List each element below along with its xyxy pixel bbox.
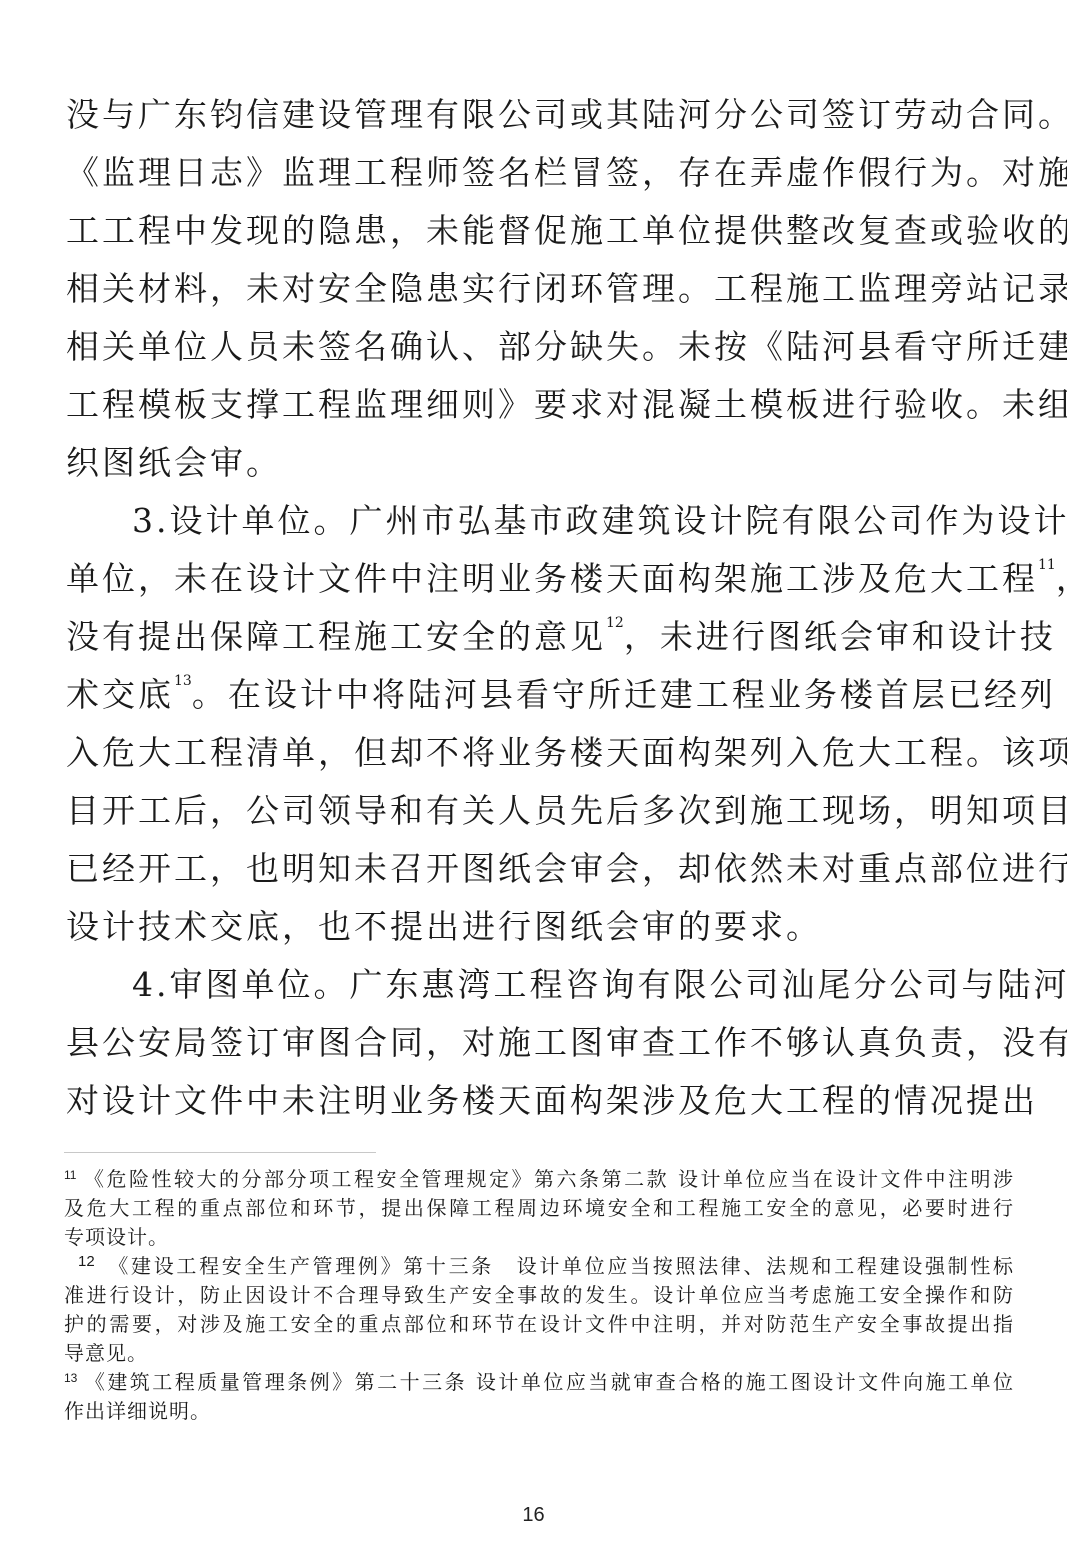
line-text: 对设计文件中未注明业务楼天面构架涉及危大工程的情况提出 bbox=[66, 1081, 1038, 1120]
footnote-text: 准进行设计，防止因设计不合理导致生产安全事故的发生。设计单位应当考虑施工安全操作… bbox=[64, 1283, 1014, 1307]
body-line: 相关材料，未对安全隐患实行闭环管理。工程施工监理旁站记录 bbox=[66, 260, 1016, 318]
footnote-ref-11[interactable]: 11 bbox=[1038, 557, 1056, 573]
body-line: 织图纸会审。 bbox=[66, 434, 1016, 492]
footnote-text: 及危大工程的重点部位和环节，提出保障工程周边环境安全和工程施工安全的意见，必要时… bbox=[64, 1196, 1014, 1220]
body-line: 工程模板支撑工程监理细则》要求对混凝土模板进行验收。未组 bbox=[66, 376, 1016, 434]
footnote-line: 作出详细说明。 bbox=[64, 1397, 1014, 1426]
section-4-heading-line: 4.审图单位。广东惠湾工程咨询有限公司汕尾分公司与陆河 bbox=[66, 956, 1016, 1014]
footnote-text: 导意见。 bbox=[64, 1341, 148, 1365]
footnote-text: 《危险性较大的分部分项工程安全管理规定》第六条第二款 设计单位应当在设计文件中注… bbox=[82, 1167, 1014, 1191]
body-line: 单位，未在设计文件中注明业务楼天面构架施工涉及危大工程11， bbox=[66, 550, 1016, 608]
footnote-line: 及危大工程的重点部位和环节，提出保障工程周边环境安全和工程施工安全的意见，必要时… bbox=[64, 1194, 1014, 1223]
line-text: 相关单位人员未签名确认、部分缺失。未按《陆河县看守所迁建 bbox=[66, 327, 1067, 366]
footnote-text: 专项设计。 bbox=[64, 1225, 169, 1249]
line-text: 相关材料，未对安全隐患实行闭环管理。工程施工监理旁站记录 bbox=[66, 269, 1067, 308]
body-line: 工工程中发现的隐患，未能督促施工单位提供整改复查或验收的 bbox=[66, 202, 1016, 260]
footnotes: 11《危险性较大的分部分项工程安全管理规定》第六条第二款 设计单位应当在设计文件… bbox=[64, 1165, 1014, 1426]
footnote-line: 12《建设工程安全生产管理例》第十三条 设计单位应当按照法律、法规和工程建设强制… bbox=[64, 1252, 1014, 1281]
footnote-13: 13《建筑工程质量管理条例》第二十三条 设计单位应当就审查合格的施工图设计文件向… bbox=[64, 1368, 1014, 1426]
footnote-text: 护的需要，对涉及施工安全的重点部位和环节在设计文件中注明，并对防范生产安全事故提… bbox=[64, 1312, 1014, 1336]
body-line: 术交底13。在设计中将陆河县看守所迁建工程业务楼首层已经列 bbox=[66, 666, 1016, 724]
line-text: 。在设计中将陆河县看守所迁建工程业务楼首层已经列 bbox=[192, 675, 1056, 714]
line-text: 单位，未在设计文件中注明业务楼天面构架施工涉及危大工程 bbox=[66, 559, 1038, 598]
line-text: 工工程中发现的隐患，未能督促施工单位提供整改复查或验收的 bbox=[66, 211, 1067, 250]
line-text: 织图纸会审。 bbox=[66, 443, 282, 482]
body-line: 没与广东钧信建设管理有限公司或其陆河分公司签订劳动合同。 bbox=[66, 86, 1016, 144]
line-text: 术交底 bbox=[66, 675, 174, 714]
body-line: 入危大工程清单，但却不将业务楼天面构架列入危大工程。该项 bbox=[66, 724, 1016, 782]
section-3-heading-line: 3.设计单位。广州市弘基市政建筑设计院有限公司作为设计 bbox=[66, 492, 1016, 550]
line-text: 没与广东钧信建设管理有限公司或其陆河分公司签订劳动合同。 bbox=[66, 95, 1067, 134]
footnote-line: 导意见。 bbox=[64, 1339, 1014, 1368]
line-text: 工程模板支撑工程监理细则》要求对混凝土模板进行验收。未组 bbox=[66, 385, 1067, 424]
body-line: 《监理日志》监理工程师签名栏冒签，存在弄虚作假行为。对施 bbox=[66, 144, 1016, 202]
body-line: 目开工后，公司领导和有关人员先后多次到施工现场，明知项目 bbox=[66, 782, 1016, 840]
footnote-number: 13 bbox=[64, 1371, 77, 1385]
body-line: 设计技术交底，也不提出进行图纸会审的要求。 bbox=[66, 898, 1016, 956]
footnote-line: 准进行设计，防止因设计不合理导致生产安全事故的发生。设计单位应当考虑施工安全操作… bbox=[64, 1281, 1014, 1310]
line-text: 4.审图单位。广东惠湾工程咨询有限公司汕尾分公司与陆河 bbox=[132, 965, 1067, 1004]
footnote-ref-13[interactable]: 13 bbox=[174, 673, 192, 689]
footnote-ref-12[interactable]: 12 bbox=[606, 615, 624, 631]
line-text: 《监理日志》监理工程师签名栏冒签，存在弄虚作假行为。对施 bbox=[66, 153, 1067, 192]
line-text: 设计技术交底，也不提出进行图纸会审的要求。 bbox=[66, 907, 822, 946]
footnote-number: 12 bbox=[78, 1253, 95, 1270]
line-text: 入危大工程清单，但却不将业务楼天面构架列入危大工程。该项 bbox=[66, 733, 1067, 772]
footnote-text: 《建筑工程质量管理条例》第二十三条 设计单位应当就审查合格的施工图设计文件向施工… bbox=[83, 1370, 1014, 1394]
footnote-text: 作出详细说明。 bbox=[64, 1399, 211, 1423]
page-number: 16 bbox=[0, 1504, 1067, 1527]
line-text: 县公安局签订审图合同，对施工图审查工作不够认真负责，没有 bbox=[66, 1023, 1067, 1062]
line-text: 没有提出保障工程施工安全的意见 bbox=[66, 617, 606, 656]
body-line: 县公安局签订审图合同，对施工图审查工作不够认真负责，没有 bbox=[66, 1014, 1016, 1072]
footnote-separator bbox=[64, 1152, 376, 1153]
document-page: 没与广东钧信建设管理有限公司或其陆河分公司签订劳动合同。 《监理日志》监理工程师… bbox=[0, 0, 1067, 1547]
body-text: 没与广东钧信建设管理有限公司或其陆河分公司签订劳动合同。 《监理日志》监理工程师… bbox=[66, 86, 1016, 1130]
body-line: 没有提出保障工程施工安全的意见12，未进行图纸会审和设计技 bbox=[66, 608, 1016, 666]
body-line: 已经开工，也明知未召开图纸会审会，却依然未对重点部位进行 bbox=[66, 840, 1016, 898]
footnote-11: 11《危险性较大的分部分项工程安全管理规定》第六条第二款 设计单位应当在设计文件… bbox=[64, 1165, 1014, 1252]
line-text: 3.设计单位。广州市弘基市政建筑设计院有限公司作为设计 bbox=[132, 501, 1067, 540]
line-text: ，未进行图纸会审和设计技 bbox=[624, 617, 1056, 656]
footnote-12: 12《建设工程安全生产管理例》第十三条 设计单位应当按照法律、法规和工程建设强制… bbox=[64, 1252, 1014, 1368]
footnote-number: 11 bbox=[64, 1168, 76, 1182]
footnote-line: 11《危险性较大的分部分项工程安全管理规定》第六条第二款 设计单位应当在设计文件… bbox=[64, 1165, 1014, 1194]
body-line: 相关单位人员未签名确认、部分缺失。未按《陆河县看守所迁建 bbox=[66, 318, 1016, 376]
footnote-line: 13《建筑工程质量管理条例》第二十三条 设计单位应当就审查合格的施工图设计文件向… bbox=[64, 1368, 1014, 1397]
footnote-text: 《建设工程安全生产管理例》第十三条 设计单位应当按照法律、法规和工程建设强制性标 bbox=[107, 1254, 1014, 1278]
footnote-line: 专项设计。 bbox=[64, 1223, 1014, 1252]
body-line: 对设计文件中未注明业务楼天面构架涉及危大工程的情况提出 bbox=[66, 1072, 1016, 1130]
footnote-line: 护的需要，对涉及施工安全的重点部位和环节在设计文件中注明，并对防范生产安全事故提… bbox=[64, 1310, 1014, 1339]
line-text: 目开工后，公司领导和有关人员先后多次到施工现场，明知项目 bbox=[66, 791, 1067, 830]
line-text: 已经开工，也明知未召开图纸会审会，却依然未对重点部位进行 bbox=[66, 849, 1067, 888]
line-text: ， bbox=[1056, 559, 1067, 598]
